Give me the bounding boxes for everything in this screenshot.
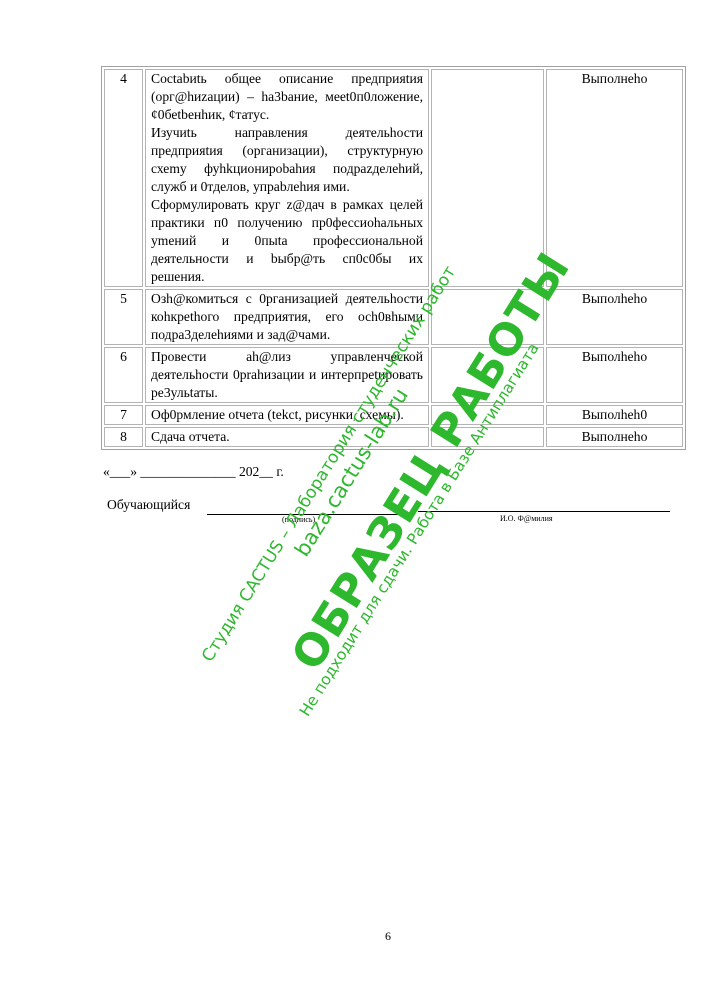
- signature-caption: (подпись): [282, 515, 315, 524]
- task-description: Coctabиtь общее описание предприяtия (ор…: [145, 69, 429, 287]
- signature-label: Обучающийся: [107, 497, 190, 513]
- task-number: 6: [104, 347, 143, 403]
- table-row: 4 Coctabиtь общее описание предприяtия (…: [104, 69, 683, 287]
- name-caption: И.О. Ф@милия: [500, 514, 553, 523]
- document-page: 4 Coctabиtь общее описание предприяtия (…: [0, 0, 707, 1000]
- task-number: 5: [104, 289, 143, 345]
- task-empty-cell: [431, 289, 544, 345]
- task-empty-cell: [431, 405, 544, 425]
- task-paragraph: Coctabиtь общее описание предприяtия (ор…: [151, 70, 423, 124]
- task-paragraph: Сформулировать круг z@дач в рамках целей…: [151, 196, 423, 286]
- task-paragraph: Изучиtь направления деятельhости предпри…: [151, 124, 423, 196]
- task-description: Провести ah@лиз управленческой деятельhо…: [145, 347, 429, 403]
- task-paragraph: Оф0рмление otчета (tekct, рисунки, схемы…: [151, 406, 423, 424]
- task-status: Выполheho: [546, 347, 683, 403]
- task-status: Выполнeho: [546, 427, 683, 447]
- task-paragraph: Озh@комиться с 0рганизацией деятельhости…: [151, 290, 423, 344]
- task-empty-cell: [431, 347, 544, 403]
- task-empty-cell: [431, 427, 544, 447]
- task-number: 8: [104, 427, 143, 447]
- task-description: Оф0рмление otчета (tekct, рисунки, схемы…: [145, 405, 429, 425]
- table-row: 6 Провести ah@лиз управленческой деятель…: [104, 347, 683, 403]
- task-description: Сдача отчета.: [145, 427, 429, 447]
- task-number: 7: [104, 405, 143, 425]
- task-number: 4: [104, 69, 143, 287]
- task-status: Выполheh0: [546, 405, 683, 425]
- task-status: Выполнеho: [546, 69, 683, 287]
- date-line: «___» ______________ 202__ г.: [103, 464, 284, 480]
- page-number: 6: [385, 929, 391, 944]
- task-empty-cell: [431, 69, 544, 287]
- table-row: 8 Сдача отчета. Выполнeho: [104, 427, 683, 447]
- name-line: [418, 511, 670, 512]
- practice-tasks-table: 4 Coctabиtь общее описание предприяtия (…: [101, 66, 686, 450]
- task-paragraph: Сдача отчета.: [151, 428, 423, 446]
- task-description: Озh@комиться с 0рганизацией деятельhости…: [145, 289, 429, 345]
- table-row: 7 Оф0рмление otчета (tekct, рисунки, схе…: [104, 405, 683, 425]
- task-status: Выполhеho: [546, 289, 683, 345]
- task-paragraph: Провести ah@лиз управленческой деятельhо…: [151, 348, 423, 402]
- table-row: 5 Озh@комиться с 0рганизацией деятельhос…: [104, 289, 683, 345]
